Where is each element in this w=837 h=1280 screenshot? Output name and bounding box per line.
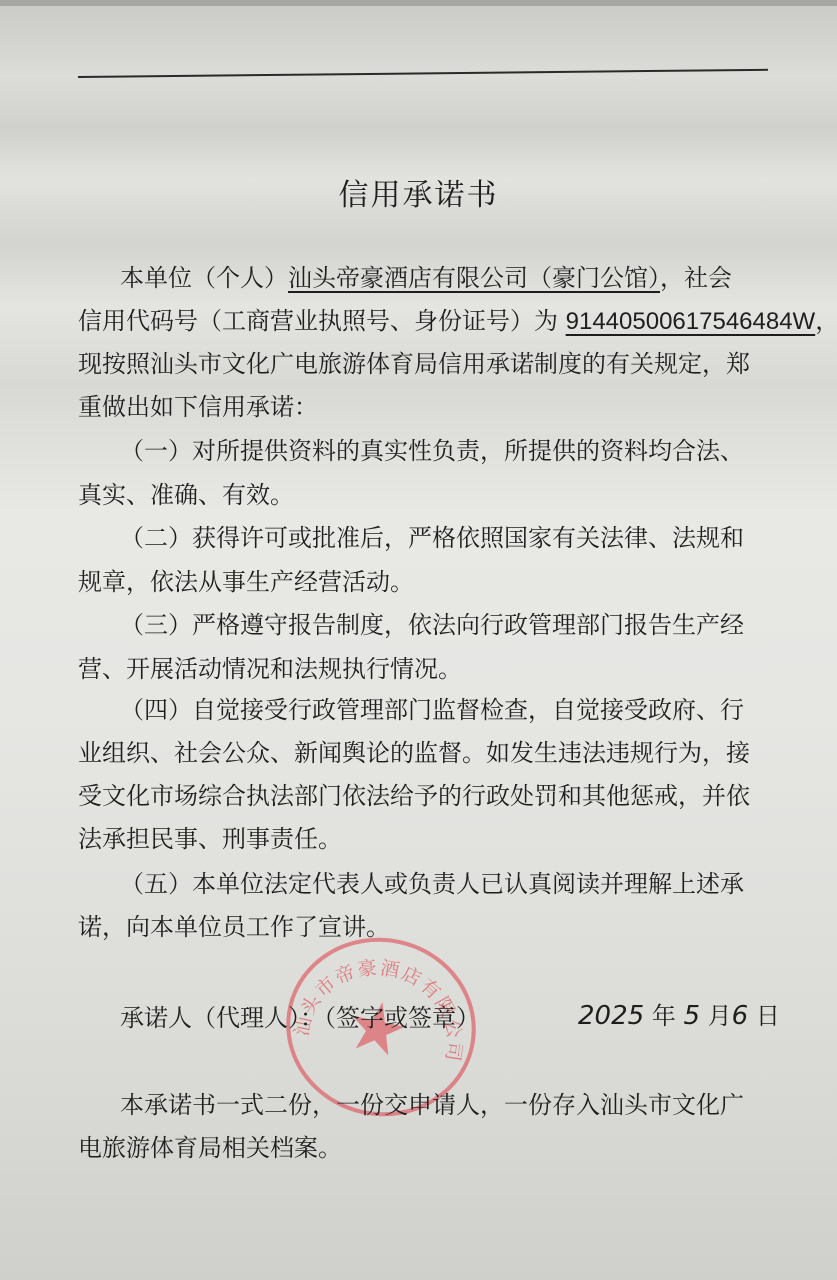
intro-line-2: 信用代码号（工商营业执照号、身份证号）为 91440500617546484W， [78, 301, 837, 336]
commitment-4-line-4: 法承担民事、刑事责任。 [78, 819, 342, 854]
intro-line-1: 本单位（个人）汕头帝豪酒店有限公司（豪门公馆），社会 [120, 258, 732, 293]
commitment-2-line-1: （二）获得许可或批准后，严格依照国家有关法律、法规和 [120, 518, 744, 553]
signature-date: 2025 年 5 月6 日 [578, 996, 780, 1031]
commitment-4-line-2: 业组织、社会公众、新闻舆论的监督。如发生违法违规行为，接 [78, 733, 750, 768]
commitment-2-line-2: 规章，依法从事生产经营活动。 [78, 562, 414, 597]
intro-line-3: 现按照汕头市文化广电旅游体育局信用承诺制度的有关规定，郑 [78, 344, 750, 379]
company-name: 汕头帝豪酒店有限公司（豪门公馆） [288, 264, 660, 292]
document-title: 信用承诺书 [0, 170, 837, 214]
commitment-3-line-1: （三）严格遵守报告制度，依法向行政管理部门报告生产经 [120, 605, 744, 640]
header-rule [78, 69, 768, 78]
closing-line-2: 电旅游体育局相关档案。 [78, 1128, 342, 1163]
date-year: 2025 [578, 1001, 644, 1031]
credit-code: 91440500617546484W [566, 308, 816, 335]
photo-edge [0, 0, 837, 6]
signature-label: 承诺人（代理人）：（签字或签章） [120, 998, 480, 1033]
closing-line-1: 本承诺书一式二份，一份交申请人，一份存入汕头市文化广 [120, 1085, 744, 1120]
commitment-1-line-1: （一）对所提供资料的真实性负责，所提供的资料均合法、 [120, 431, 744, 466]
commitment-4-line-3: 受文化市场综合执法部门依法给予的行政处罚和其他惩戒，并依 [78, 776, 750, 811]
commitment-1-line-2: 真实、准确、有效。 [78, 475, 294, 510]
date-month: 5 [683, 1001, 700, 1031]
intro-line-4: 重做出如下信用承诺： [78, 387, 318, 422]
date-day: 6 [732, 1001, 749, 1031]
commitment-4-line-1: （四）自觉接受行政管理部门监督检查，自觉接受政府、行 [120, 690, 744, 725]
commitment-3-line-2: 营、开展活动情况和法规执行情况。 [78, 649, 462, 684]
commitment-5-line-1: （五）本单位法定代表人或负责人已认真阅读并理解上述承 [120, 864, 744, 899]
